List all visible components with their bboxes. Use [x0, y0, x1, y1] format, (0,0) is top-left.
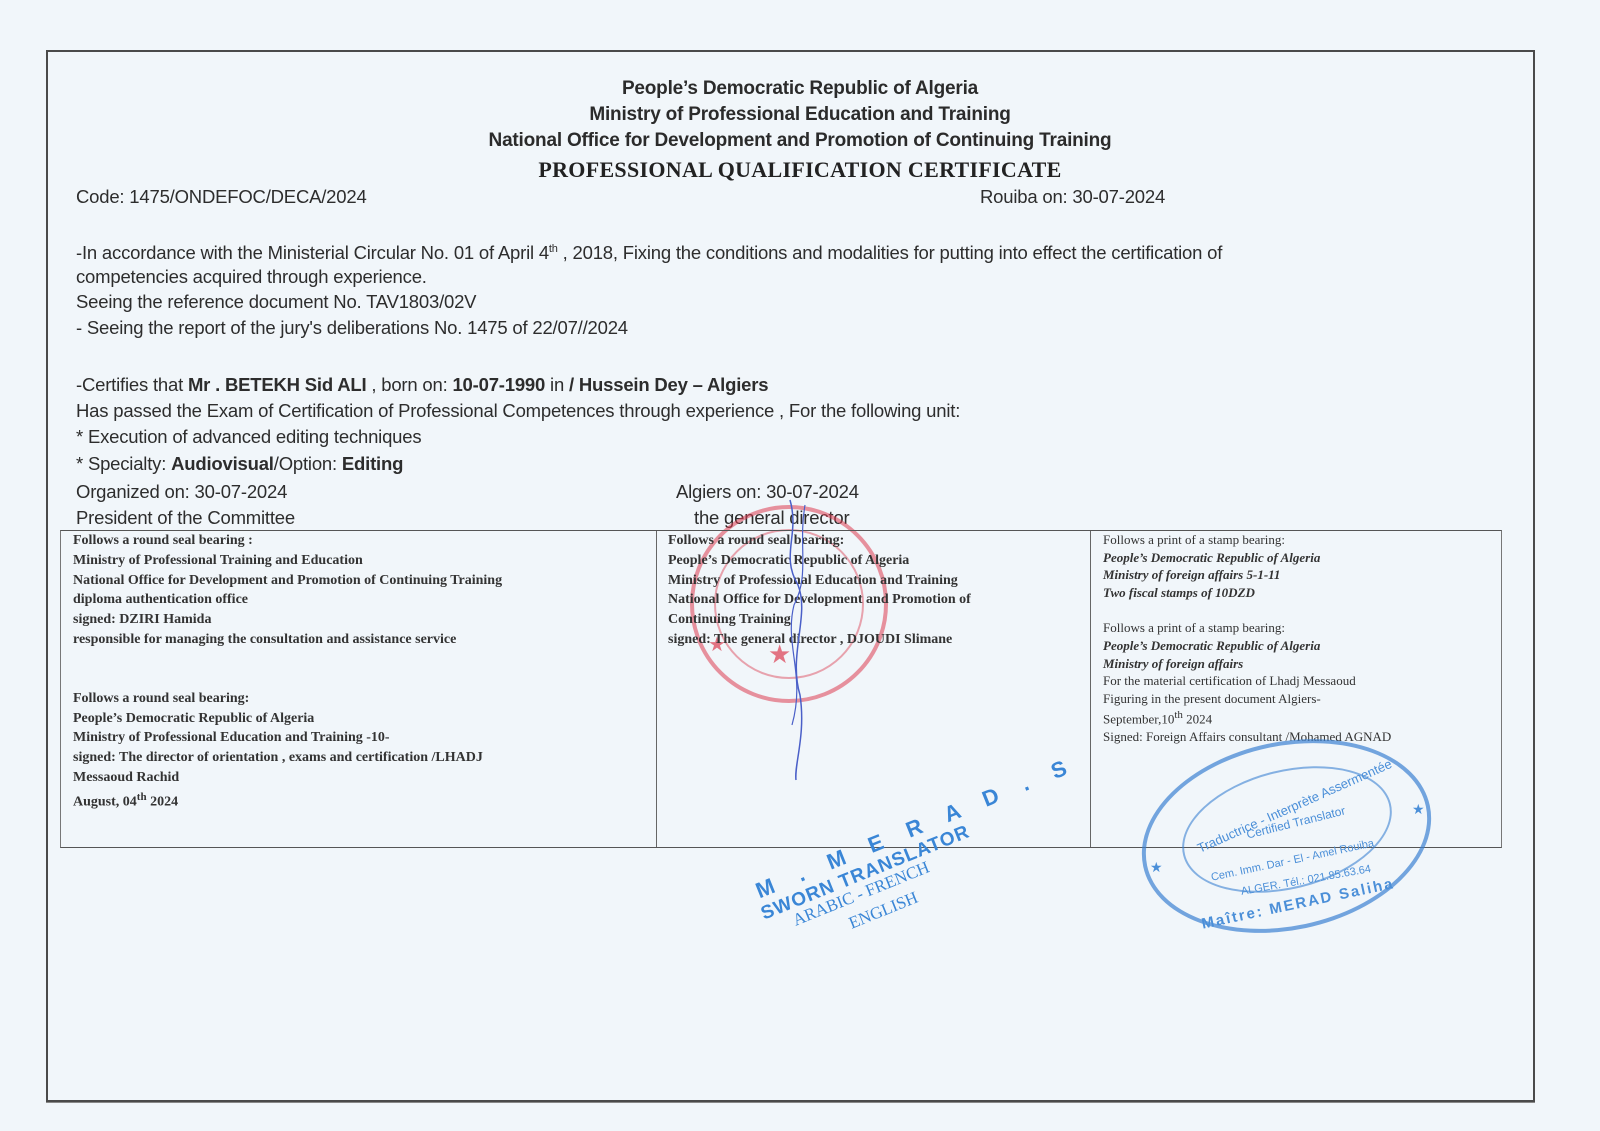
document-code: Code: 1475/ONDEFOC/DECA/2024: [76, 186, 367, 208]
document-place-date: Rouiba on: 30-07-2024: [980, 186, 1165, 208]
holder-name: Mr . BETEKH Sid ALI: [188, 374, 366, 395]
column-divider: [1090, 531, 1091, 847]
seal-note-line: signed: DZIRI Hamida: [73, 610, 502, 630]
column-divider: [656, 531, 657, 847]
specialty-line: * Specialty: Audiovisual/Option: Editing: [76, 453, 403, 475]
seal-note-line: National Office for Development and Prom…: [668, 590, 971, 610]
seal-note-line: Follows a round seal bearing :: [73, 531, 502, 551]
oval-star-icon: ★: [1150, 860, 1163, 877]
seal-note-line: signed: The director of orientation , ex…: [73, 748, 502, 768]
seal-note-line: Follows a round seal bearing:: [73, 689, 502, 709]
stamp-note-italic: Two fiscal stamps of 10DZD: [1103, 584, 1391, 602]
seal-note-line: Follows a round seal bearing:: [668, 531, 971, 551]
seal-note-line: responsible for managing the consultatio…: [73, 630, 502, 650]
birth-date: 10-07-1990: [452, 374, 545, 395]
exam-passed-line: Has passed the Exam of Certification of …: [76, 400, 960, 422]
stamp-note-intro: Follows a print of a stamp bearing:: [1103, 619, 1391, 637]
header-office: National Office for Development and Prom…: [0, 130, 1600, 152]
seal-note-line: Ministry of Professional Education and T…: [73, 728, 502, 748]
president-committee: President of the Committee: [76, 507, 295, 529]
date-text: September,10: [1103, 712, 1174, 727]
seal-note-line: diploma authentication office: [73, 590, 502, 610]
date-year: 2024: [147, 794, 179, 809]
preamble-circular: -In accordance with the Ministerial Circ…: [76, 242, 1222, 264]
spacer: [1103, 601, 1391, 619]
spacer: [73, 650, 502, 689]
stamp-note-italic: People’s Democratic Republic of Algeria: [1103, 549, 1391, 567]
stamp-note-italic: People’s Democratic Republic of Algeria: [1103, 637, 1391, 655]
ordinal-suffix: th: [549, 243, 558, 255]
specialty-value: Audiovisual: [171, 453, 274, 474]
ordinal-suffix: th: [1174, 709, 1183, 721]
seal-note-line: Ministry of Professional Training and Ed…: [73, 551, 502, 571]
unit-line: * Execution of advanced editing techniqu…: [76, 426, 421, 448]
born-label: , born on:: [366, 374, 452, 395]
date-year: 2024: [1183, 712, 1212, 727]
stamp-note-line: For the material certification of Lhadj …: [1103, 672, 1391, 690]
seal-note-line: National Office for Development and Prom…: [73, 571, 502, 591]
specialty-label: * Specialty:: [76, 453, 171, 474]
preamble-circular-end: competencies acquired through experience…: [76, 266, 427, 288]
header-ministry: Ministry of Professional Education and T…: [0, 104, 1600, 126]
header-country: People’s Democratic Republic of Algeria: [0, 78, 1600, 100]
organized-date: Organized on: 30-07-2024: [76, 481, 287, 503]
seal-note-line: Ministry of Professional Education and T…: [668, 571, 971, 591]
table-cell-seals-left: Follows a round seal bearing : Ministry …: [73, 531, 502, 812]
date-text: August, 04: [73, 794, 137, 809]
general-director-label: the general director: [694, 507, 849, 529]
oval-star-icon: ★: [1412, 802, 1425, 819]
birth-place: / Hussein Dey – Algiers: [569, 374, 768, 395]
seal-note-line: People’s Democratic Republic of Algeria: [73, 709, 502, 729]
in-label: in: [545, 374, 569, 395]
table-cell-stamps-right: Follows a print of a stamp bearing: Peop…: [1103, 531, 1391, 746]
preamble-jury-report: - Seeing the report of the jury's delibe…: [76, 317, 628, 339]
algiers-date: Algiers on: 30-07-2024: [676, 481, 859, 503]
stamp-note-intro: Follows a print of a stamp bearing:: [1103, 531, 1391, 549]
stamp-note-line: Figuring in the present document Algiers…: [1103, 690, 1391, 708]
preamble-circular-text-cont: , 2018, Fixing the conditions and modali…: [558, 242, 1223, 263]
stamp-note-signed: Signed: Foreign Affairs consultant /Moha…: [1103, 728, 1391, 746]
certifies-label: -Certifies that: [76, 374, 188, 395]
seal-note-line: Messaoud Rachid: [73, 768, 502, 788]
table-cell-seal-middle: Follows a round seal bearing: People’s D…: [668, 531, 971, 650]
option-label: /Option:: [274, 453, 342, 474]
seal-note-line: Continuing Training: [668, 610, 971, 630]
stamp-note-italic: Ministry of foreign affairs: [1103, 655, 1391, 673]
document-title: PROFESSIONAL QUALIFICATION CERTIFICATE: [0, 157, 1600, 183]
certification-line: -Certifies that Mr . BETEKH Sid ALI , bo…: [76, 374, 768, 396]
seal-note-line: People’s Democratic Republic of Algeria: [668, 551, 971, 571]
preamble-reference: Seeing the reference document No. TAV180…: [76, 291, 476, 313]
option-value: Editing: [342, 453, 403, 474]
preamble-circular-text: -In accordance with the Ministerial Circ…: [76, 242, 549, 263]
ordinal-suffix: th: [137, 791, 147, 803]
stamp-note-italic: Ministry of foreign affairs 5-1-11: [1103, 566, 1391, 584]
stamp-note-date: September,10th 2024: [1103, 707, 1391, 728]
seal-note-date: August, 04th 2024: [73, 788, 502, 812]
seal-note-line: signed: The general director , DJOUDI Sl…: [668, 630, 971, 650]
